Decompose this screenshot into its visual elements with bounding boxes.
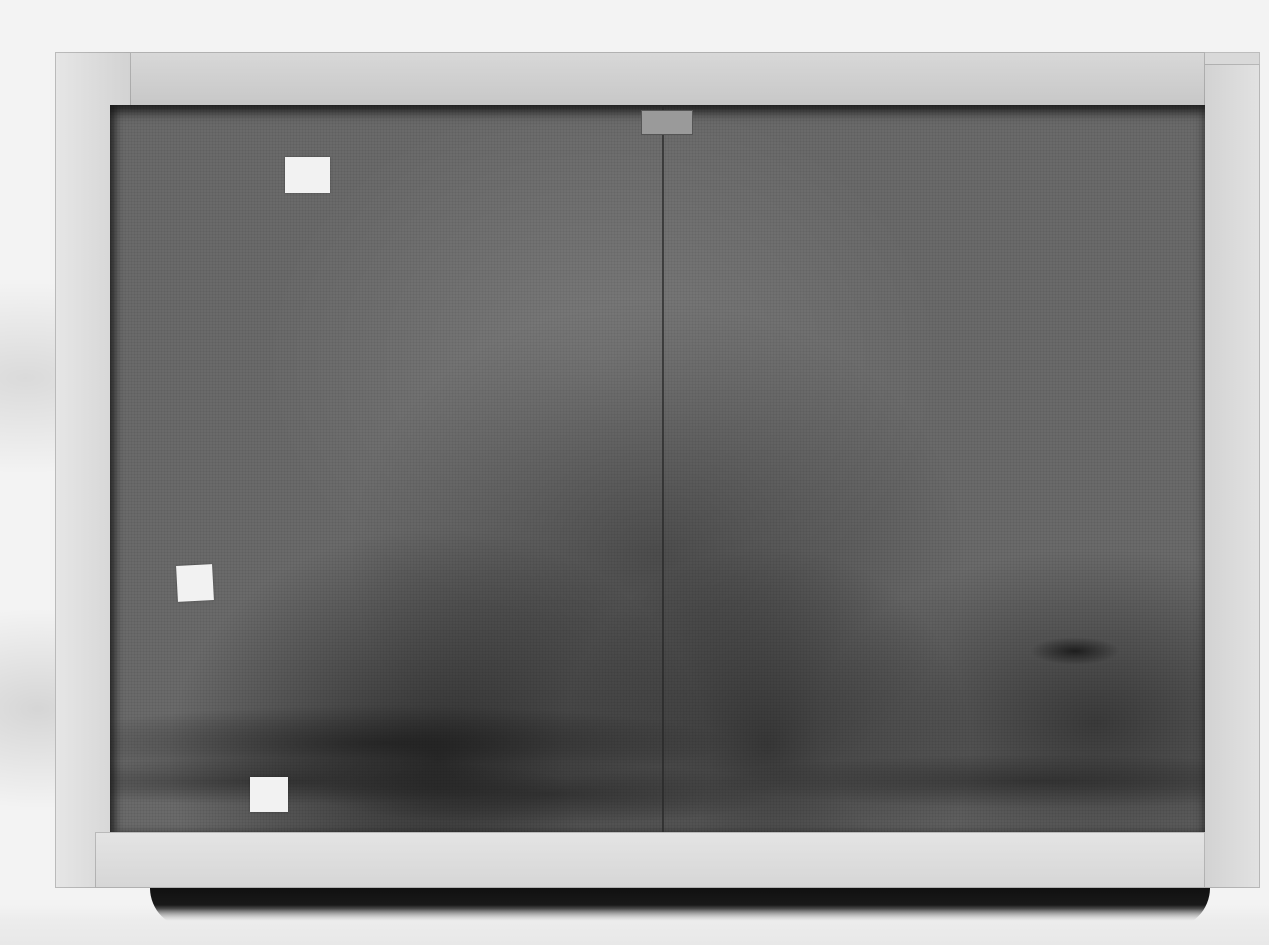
floor xyxy=(0,905,1269,945)
dark-mark xyxy=(1030,637,1120,665)
canvas-seam xyxy=(662,105,664,832)
paper-label xyxy=(250,777,288,812)
canvas-back xyxy=(110,105,1205,832)
paper-label xyxy=(176,564,214,602)
water-stain xyxy=(110,705,1205,832)
paper-label xyxy=(285,157,330,193)
frame-top-bar xyxy=(130,52,1205,110)
top-tab-patch xyxy=(641,110,693,135)
frame-right-bar xyxy=(1203,64,1260,888)
frame-bottom-bar xyxy=(95,832,1205,888)
